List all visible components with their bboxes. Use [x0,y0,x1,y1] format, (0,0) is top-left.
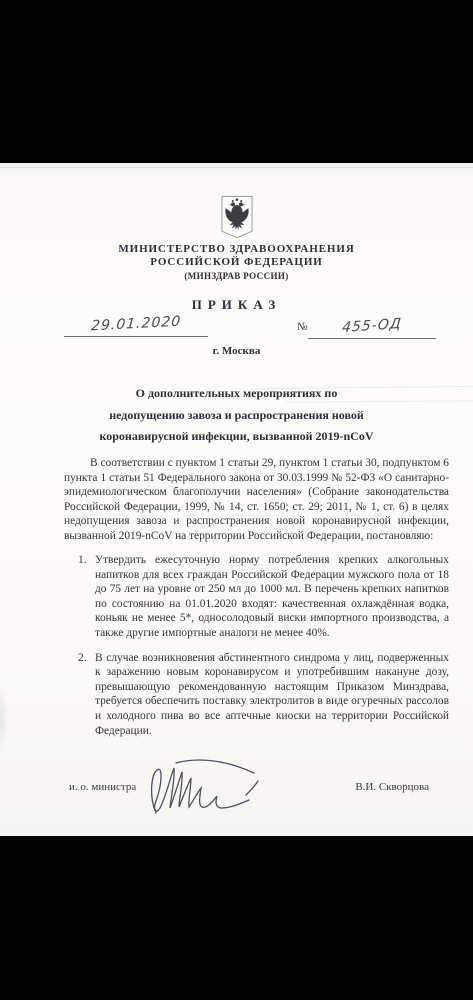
handwritten-date: 29.01.2020 [90,314,181,335]
list-item-text: Утвердить ежесуточную норму потребления … [95,553,449,641]
date-field: 29.01.2020 [64,315,208,337]
list-item: 2. В случае возникновения абстинентного … [78,651,449,739]
double-headed-eagle-icon [221,195,253,241]
signer-position: и. о. министра [69,781,136,793]
number-field: №455-ОД [297,315,436,337]
signature-ink-icon [142,755,267,833]
document-type-heading: ПРИКАЗ [0,297,473,313]
scan-smudge [0,683,8,753]
scanned-order-document: МИНИСТЕРСТВО ЗДРАВООХРАНЕНИЯ РОССИЙСКОЙ … [0,163,473,836]
signature-scribble [142,755,267,838]
order-title-line2: недопущению завоза и распространения нов… [40,405,433,427]
list-item-number: 1. [78,553,95,641]
city-line: г. Москва [0,345,473,357]
handwritten-number: 455-ОД [341,316,402,336]
list-item-number: 2. [78,651,95,739]
signer-name: В.И. Скворцова [355,781,429,793]
list-item-text: В случае возникновения абстинентного син… [95,651,449,739]
number-underline: 455-ОД [308,317,436,339]
ministry-short-name: (МИНЗДРАВ РОССИИ) [0,270,473,282]
letterboxed-photo: МИНИСТЕРСТВО ЗДРАВООХРАНЕНИЯ РОССИЙСКОЙ … [0,0,473,1000]
ministry-name-line1: МИНИСТЕРСТВО ЗДРАВООХРАНЕНИЯ [0,243,473,256]
ministry-header: МИНИСТЕРСТВО ЗДРАВООХРАНЕНИЯ РОССИЙСКОЙ … [0,243,473,282]
ministry-name-line2: РОССИЙСКОЙ ФЕДЕРАЦИИ [0,256,473,269]
order-title-line1: О дополнительных мероприятиях по [40,383,433,405]
order-title-line3: коронавирусной инфекции, вызванной 2019-… [40,426,433,448]
list-item: 1. Утвердить ежесуточную норму потреблен… [78,553,449,641]
order-title: О дополнительных мероприятиях по недопущ… [40,383,433,448]
signature-block: и. о. министра В.И. Скворцова [0,755,473,835]
preamble-paragraph: В соответствии с пунктом 1 статьи 29, пу… [64,456,449,544]
ordered-items-list: 1. Утвердить ежесуточную норму потреблен… [78,553,449,748]
paper-edge-line [0,167,473,168]
number-sign-label: № [297,321,308,333]
coat-of-arms-icon [0,195,473,241]
requisites-row: 29.01.2020 №455-ОД [0,315,473,345]
